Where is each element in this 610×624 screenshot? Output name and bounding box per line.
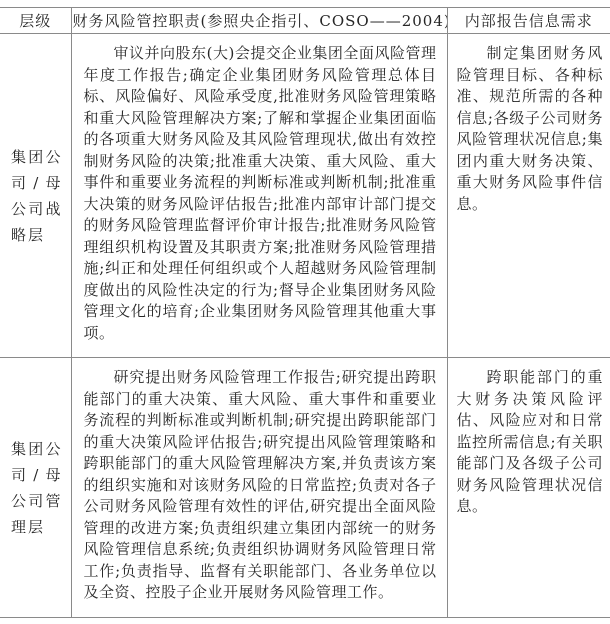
header-cell-duties: 财务风险管控职责(参照央企指引、COSO——2004) [71, 8, 447, 34]
strategic-level-duties: 审议并向股东(大)会提交企业集团全面风险管理年度工作报告;确定企业集团财务风险管… [71, 34, 447, 358]
header-cell-info-needs: 内部报告信息需求 [447, 8, 610, 34]
strategic-level-info-needs: 制定集团财务风险管理目标、各种标准、规范所需的各种信息;各级子公司财务风险管理状… [447, 34, 610, 358]
document-page: 层级 财务风险管控职责(参照央企指引、COSO——2004) 内部报告信息需求 … [0, 0, 610, 624]
table-row-management-level: 集团公司/母公司管理层 研究提出财务风险管理工作报告;研究提出跨职能部门的重大决… [0, 358, 610, 618]
risk-management-table: 层级 财务风险管控职责(参照央企指引、COSO——2004) 内部报告信息需求 … [0, 7, 610, 618]
management-level-label: 集团公司/母公司管理层 [0, 358, 71, 618]
table-header-row: 层级 财务风险管控职责(参照央企指引、COSO——2004) 内部报告信息需求 [0, 8, 610, 34]
management-level-info-needs: 跨职能部门的重大财务决策风险评估、风险应对和日常监控所需信息;有关职能部门及各级… [447, 358, 610, 618]
header-cell-level: 层级 [0, 8, 71, 34]
table-row-strategic-level: 集团公司/母公司战略层 审议并向股东(大)会提交企业集团全面风险管理年度工作报告… [0, 34, 610, 358]
management-level-duties: 研究提出财务风险管理工作报告;研究提出跨职能部门的重大决策、重大风险、重大事件和… [71, 358, 447, 618]
strategic-level-label: 集团公司/母公司战略层 [0, 34, 71, 358]
